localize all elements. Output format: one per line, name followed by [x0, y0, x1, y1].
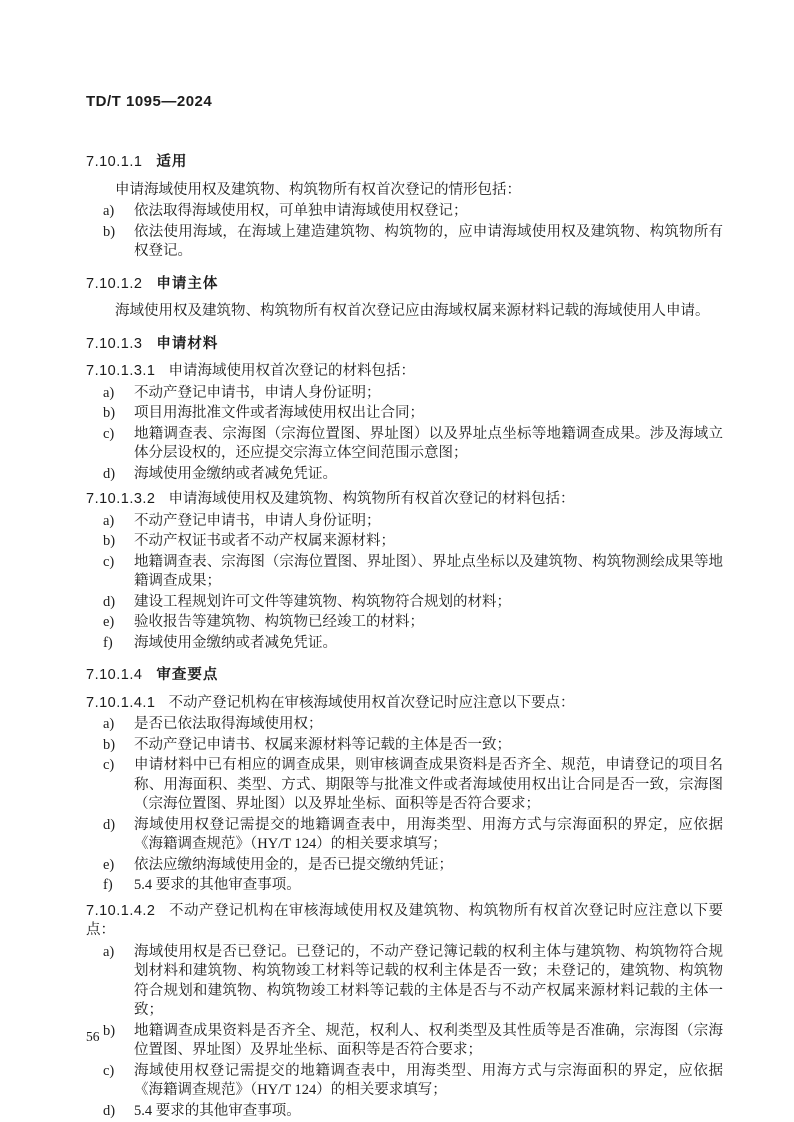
section-heading: 7.10.1.3申请材料: [86, 335, 723, 355]
item-label: c): [103, 553, 134, 592]
item-label: a): [103, 202, 134, 222]
list-item: b)地籍调查成果资料是否齐全、规范，权利人、权利类型及其性质等是否准确，宗海图（…: [86, 1022, 723, 1061]
heading-title: 适用: [156, 154, 187, 170]
heading-number: 7.10.1.1: [86, 154, 142, 170]
item-text: 地籍调查成果资料是否齐全、规范，权利人、权利类型及其性质等是否准确，宗海图（宗海…: [134, 1022, 723, 1061]
item-text: 依法使用海域，在海域上建造建筑物、构筑物的，应申请海域使用权及建筑物、构筑物所有…: [134, 223, 723, 262]
list-item: b)不动产权证书或者不动产权属来源材料；: [86, 532, 723, 552]
list-item: a)不动产登记申请书，申请人身份证明；: [86, 512, 723, 532]
clause-number: 7.10.1.3.2: [86, 491, 156, 507]
heading-number: 7.10.1.3: [86, 336, 142, 352]
list-item: e)依法应缴纳海域使用金的，是否已提交缴纳凭证；: [86, 856, 723, 876]
item-text: 依法应缴纳海域使用金的，是否已提交缴纳凭证；: [134, 856, 723, 876]
clause-paragraph: 7.10.1.3.2申请海域使用权及建筑物、构筑物所有权首次登记的材料包括：: [86, 490, 723, 510]
item-label: e): [103, 613, 134, 633]
item-label: b): [103, 736, 134, 756]
section-heading: 7.10.1.1适用: [86, 153, 723, 173]
list-item: c)地籍调查表、宗海图（宗海位置图、界址图）、界址点坐标以及建筑物、构筑物测绘成…: [86, 553, 723, 592]
body-paragraph: 海域使用权及建筑物、构筑物所有权首次登记应由海域权属来源材料记载的海域使用人申请…: [86, 302, 723, 322]
item-text: 海域使用权是否已登记。已登记的，不动产登记簿记载的权利主体与建筑物、构筑物符合规…: [134, 943, 723, 1021]
item-text: 建设工程规划许可文件等建筑物、构筑物符合规划的材料；: [134, 593, 723, 613]
standard-number-header: TD/T 1095—2024: [86, 93, 212, 110]
heading-number: 7.10.1.4: [86, 667, 142, 683]
clause-text: 申请海域使用权及建筑物、构筑物所有权首次登记的材料包括：: [169, 491, 575, 507]
item-label: a): [103, 943, 134, 1021]
list-item: d)海域使用权登记需提交的地籍调查表中，用海类型、用海方式与宗海面积的界定，应依…: [86, 816, 723, 855]
item-label: a): [103, 512, 134, 532]
clause-paragraph: 7.10.1.4.2不动产登记机构在审核海域使用权及建筑物、构筑物所有权首次登记…: [86, 902, 723, 941]
section-heading: 7.10.1.4审查要点: [86, 666, 723, 686]
item-label: f): [103, 634, 134, 654]
list-item: b)依法使用海域，在海域上建造建筑物、构筑物的，应申请海域使用权及建筑物、构筑物…: [86, 223, 723, 262]
list-item: d)海域使用金缴纳或者减免凭证。: [86, 465, 723, 485]
item-label: d): [103, 816, 134, 855]
item-text: 不动产登记申请书，申请人身份证明；: [134, 512, 723, 532]
heading-title: 申请材料: [156, 336, 218, 352]
item-label: c): [103, 1062, 134, 1101]
heading-number: 7.10.1.2: [86, 276, 142, 292]
page-number: 56: [86, 1029, 100, 1045]
item-text: 海域使用权登记需提交的地籍调查表中，用海类型、用海方式与宗海面积的界定，应依据《…: [134, 1062, 723, 1101]
item-label: b): [103, 532, 134, 552]
list-item: c)海域使用权登记需提交的地籍调查表中，用海类型、用海方式与宗海面积的界定，应依…: [86, 1062, 723, 1101]
item-text: 依法取得海域使用权，可单独申请海域使用权登记；: [134, 202, 723, 222]
list-item: c)申请材料中已有相应的调查成果，则审核调查成果资料是否齐全、规范，申请登记的项…: [86, 756, 723, 815]
item-label: d): [103, 465, 134, 485]
item-label: c): [103, 425, 134, 464]
item-label: a): [103, 384, 134, 404]
item-label: b): [103, 1022, 134, 1061]
clause-number: 7.10.1.4.2: [86, 903, 156, 919]
item-text: 申请材料中已有相应的调查成果，则审核调查成果资料是否齐全、规范，申请登记的项目名…: [134, 756, 723, 815]
item-label: e): [103, 856, 134, 876]
list-item: d)建设工程规划许可文件等建筑物、构筑物符合规划的材料；: [86, 593, 723, 613]
item-label: d): [103, 1102, 134, 1122]
clause-text: 申请海域使用权首次登记的材料包括：: [169, 363, 416, 379]
list-item: e)验收报告等建筑物、构筑物已经竣工的材料；: [86, 613, 723, 633]
item-label: b): [103, 404, 134, 424]
document-page: TD/T 1095—2024 7.10.1.1适用申请海域使用权及建筑物、构筑物…: [0, 0, 794, 1122]
item-text: 项目用海批准文件或者海域使用权出让合同；: [134, 404, 723, 424]
item-text: 不动产登记申请书、权属来源材料等记载的主体是否一致；: [134, 736, 723, 756]
clause-paragraph: 7.10.1.3.1申请海域使用权首次登记的材料包括：: [86, 362, 723, 382]
clause-text: 不动产登记机构在审核海域使用权及建筑物、构筑物所有权首次登记时应注意以下要点：: [86, 903, 723, 939]
item-label: b): [103, 223, 134, 262]
clause-number: 7.10.1.3.1: [86, 363, 156, 379]
item-text: 地籍调查表、宗海图（宗海位置图、界址图）、界址点坐标以及建筑物、构筑物测绘成果等…: [134, 553, 723, 592]
list-item: a)不动产登记申请书，申请人身份证明；: [86, 384, 723, 404]
item-text: 5.4 要求的其他审查事项。: [134, 1102, 723, 1122]
list-item: c)地籍调查表、宗海图（宗海位置图、界址图）以及界址点坐标等地籍调查成果。涉及海…: [86, 425, 723, 464]
item-text: 不动产登记申请书，申请人身份证明；: [134, 384, 723, 404]
item-label: a): [103, 715, 134, 735]
item-text: 是否已依法取得海域使用权；: [134, 715, 723, 735]
list-item: d)5.4 要求的其他审查事项。: [86, 1102, 723, 1122]
item-text: 地籍调查表、宗海图（宗海位置图、界址图）以及界址点坐标等地籍调查成果。涉及海域立…: [134, 425, 723, 464]
clause-number: 7.10.1.4.1: [86, 695, 156, 711]
section-heading: 7.10.1.2申请主体: [86, 275, 723, 295]
heading-title: 审查要点: [156, 667, 218, 683]
clause-paragraph: 7.10.1.4.1不动产登记机构在审核海域使用权首次登记时应注意以下要点：: [86, 694, 723, 714]
body-paragraph: 申请海域使用权及建筑物、构筑物所有权首次登记的情形包括：: [86, 181, 723, 201]
item-label: f): [103, 876, 134, 896]
item-text: 不动产权证书或者不动产权属来源材料；: [134, 532, 723, 552]
item-text: 海域使用权登记需提交的地籍调查表中，用海类型、用海方式与宗海面积的界定，应依据《…: [134, 816, 723, 855]
item-text: 海域使用金缴纳或者减免凭证。: [134, 465, 723, 485]
list-item: f)海域使用金缴纳或者减免凭证。: [86, 634, 723, 654]
list-item: a)海域使用权是否已登记。已登记的，不动产登记簿记载的权利主体与建筑物、构筑物符…: [86, 943, 723, 1021]
list-item: a)依法取得海域使用权，可单独申请海域使用权登记；: [86, 202, 723, 222]
list-item: b)不动产登记申请书、权属来源材料等记载的主体是否一致；: [86, 736, 723, 756]
heading-title: 申请主体: [156, 276, 218, 292]
list-item: a)是否已依法取得海域使用权；: [86, 715, 723, 735]
item-label: d): [103, 593, 134, 613]
clause-text: 不动产登记机构在审核海域使用权首次登记时应注意以下要点：: [169, 695, 575, 711]
list-item: f)5.4 要求的其他审查事项。: [86, 876, 723, 896]
item-label: c): [103, 756, 134, 815]
item-text: 海域使用金缴纳或者减免凭证。: [134, 634, 723, 654]
item-text: 5.4 要求的其他审查事项。: [134, 876, 723, 896]
item-text: 验收报告等建筑物、构筑物已经竣工的材料；: [134, 613, 723, 633]
list-item: b)项目用海批准文件或者海域使用权出让合同；: [86, 404, 723, 424]
document-body: 7.10.1.1适用申请海域使用权及建筑物、构筑物所有权首次登记的情形包括：a)…: [86, 153, 723, 1122]
